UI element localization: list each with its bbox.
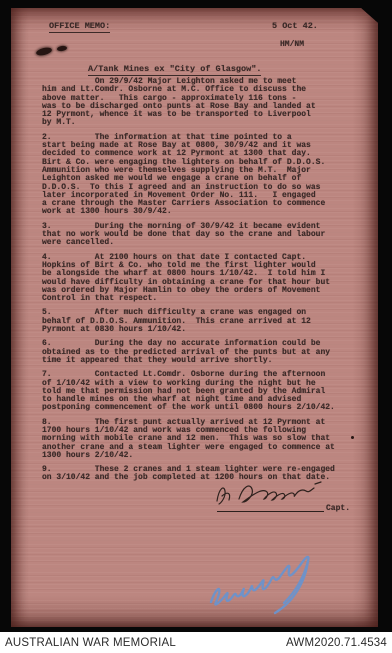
memo-body: On 29/9/42 Major Leighton asked me to me… xyxy=(42,78,350,489)
ink-stain xyxy=(57,45,68,51)
archive-institution-label: AUSTRALIAN WAR MEMORIAL xyxy=(5,637,176,649)
memo-paragraph-1: On 29/9/42 Major Leighton asked me to me… xyxy=(42,78,350,128)
memo-date: 5 Oct 42. xyxy=(272,21,318,31)
memo-paragraph-7: 7. Contacted Lt.Comdr. Osborne during th… xyxy=(42,371,350,412)
memo-title: A/Tank Mines ex "City of Glasgow". xyxy=(88,64,261,74)
memo-paragraph-5: 5. After much difficulty a crane was eng… xyxy=(42,309,350,334)
memo-title-text: A/Tank Mines ex "City of Glasgow". xyxy=(88,64,261,76)
archive-caption-bar: AUSTRALIAN WAR MEMORIAL AWM2020.71.4534 xyxy=(0,632,392,653)
captain-handwritten-signature xyxy=(207,476,337,512)
memo-document-page: OFFICE MEMO: 5 Oct 42. HM/NM A/Tank Mine… xyxy=(11,8,378,627)
office-memo-label: OFFICE MEMO: xyxy=(49,21,110,33)
memo-reference-initials: HM/NM xyxy=(280,40,304,49)
memo-paragraph-6: 6. During the day no accurate informatio… xyxy=(42,340,350,365)
ink-stain xyxy=(35,46,52,57)
memo-paragraph-8: 8. The first punt actually arrived at 12… xyxy=(42,419,350,460)
signoff-rank: Capt. xyxy=(326,504,350,513)
ink-speck xyxy=(351,436,354,439)
memo-paragraph-3: 3. During the morning of 30/9/42 it beca… xyxy=(42,223,350,248)
memo-paragraph-4: 4. At 2100 hours on that date I contacte… xyxy=(42,254,350,304)
archive-accession-number: AWM2020.71.4534 xyxy=(286,637,387,649)
memo-paragraph-2: 2. The information at that time pointed … xyxy=(42,134,350,217)
blue-ink-signature xyxy=(189,538,347,622)
signature-rule xyxy=(217,511,324,512)
